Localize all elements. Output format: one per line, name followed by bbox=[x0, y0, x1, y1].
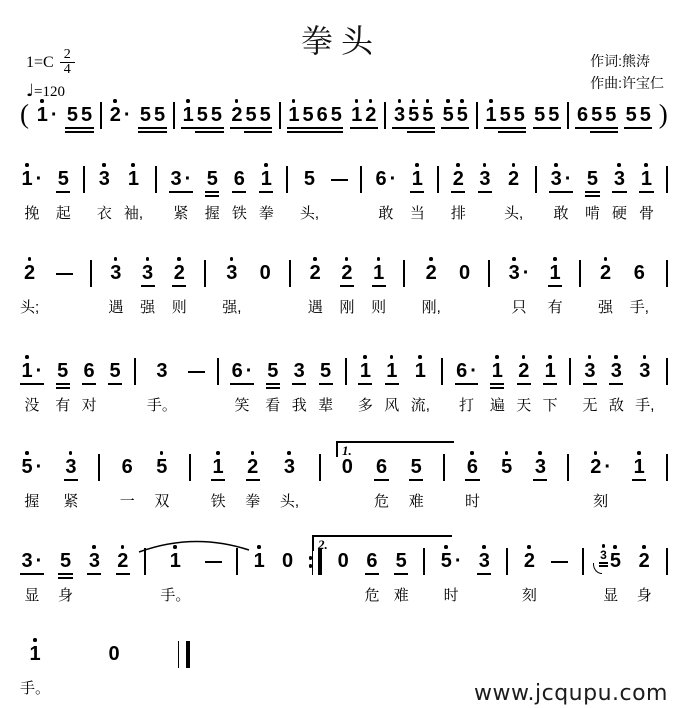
duration-underline bbox=[58, 577, 72, 579]
note-glyphs: 5 bbox=[155, 456, 169, 478]
note-digit: 1 bbox=[543, 360, 557, 382]
music-system-6: 3·显5身321手。1006危5难5·时32刻35显2身 bbox=[20, 550, 668, 605]
octave-dot bbox=[538, 451, 542, 455]
note-digit: 1 bbox=[350, 104, 364, 126]
note-glyphs: 2· bbox=[589, 456, 613, 478]
note: 2拳 bbox=[245, 456, 260, 508]
key-signature-block: 1=C 2 4 ♩=120 bbox=[26, 48, 75, 101]
note-digit: · bbox=[563, 168, 573, 190]
note-glyphs: 3 bbox=[609, 360, 623, 382]
duration-underline bbox=[575, 127, 589, 129]
note-digit: 2 bbox=[108, 104, 122, 126]
barline bbox=[155, 168, 157, 223]
tie-arc bbox=[136, 537, 254, 555]
duration-underline bbox=[365, 573, 379, 575]
duration-underline bbox=[315, 131, 329, 133]
paren: ( bbox=[20, 104, 29, 126]
note-glyphs: 6 bbox=[82, 360, 96, 382]
duration-underline bbox=[292, 383, 306, 385]
key-and-meter: 1=C 2 4 bbox=[26, 48, 75, 77]
lyric: 拳 bbox=[259, 202, 274, 220]
note-digit: 2 bbox=[424, 262, 438, 284]
note-digit: 2 bbox=[451, 168, 465, 190]
duration-underline bbox=[372, 285, 386, 287]
barline bbox=[345, 360, 347, 415]
note: 5起 bbox=[56, 168, 71, 220]
note-glyphs: 6 bbox=[465, 456, 479, 478]
duration-underline bbox=[183, 191, 193, 193]
barline-glyphs bbox=[666, 454, 668, 481]
note-glyphs: 2 bbox=[23, 262, 37, 284]
note-glyphs: 6· bbox=[230, 360, 254, 382]
duration-underline bbox=[34, 383, 44, 385]
note-glyphs: 3 bbox=[478, 168, 492, 190]
octave-dot bbox=[377, 257, 381, 261]
lyric: 危 bbox=[374, 490, 389, 508]
note-digit: · bbox=[603, 456, 613, 478]
note: 12 bbox=[350, 104, 378, 126]
note: 5 bbox=[108, 360, 122, 412]
note-digit: 1 bbox=[181, 104, 195, 126]
note-digit: 1 bbox=[358, 360, 372, 382]
note: 0 bbox=[258, 262, 272, 314]
duration-underline bbox=[364, 127, 378, 129]
octave-dot bbox=[554, 163, 558, 167]
duration-underline bbox=[211, 479, 225, 481]
duration-underline bbox=[172, 285, 186, 287]
note-digit: 1 bbox=[639, 168, 653, 190]
note-digit: 5 bbox=[319, 360, 333, 382]
lyric: 流, bbox=[411, 394, 430, 412]
note-glyphs: 3 bbox=[155, 360, 169, 382]
note: 155 bbox=[181, 104, 223, 126]
note: 3无 bbox=[582, 360, 597, 412]
octave-dot bbox=[355, 99, 359, 103]
octave-dot bbox=[25, 451, 29, 455]
note: 2· bbox=[108, 104, 132, 126]
lyric: 只 bbox=[511, 296, 526, 314]
note-glyphs: 0 bbox=[280, 550, 294, 572]
octave-dot bbox=[257, 545, 261, 549]
note-digit: · bbox=[34, 360, 44, 382]
paren-glyphs: ) bbox=[659, 104, 668, 126]
note-digit: 6 bbox=[374, 456, 388, 478]
lyric: 有 bbox=[55, 394, 70, 412]
lyric: 紧 bbox=[63, 490, 78, 508]
note: 3·只 bbox=[507, 262, 531, 314]
note: 655 bbox=[575, 104, 617, 126]
barline bbox=[83, 168, 85, 223]
note-digit: 6 bbox=[374, 168, 388, 190]
note-glyphs: 1 bbox=[252, 550, 266, 572]
note-glyphs: 0 bbox=[107, 643, 121, 665]
note-digit: 3 bbox=[225, 262, 239, 284]
duration-underline bbox=[484, 127, 498, 129]
note-glyphs: 2 bbox=[308, 262, 322, 284]
duration-underline bbox=[478, 191, 492, 193]
note: 5有 bbox=[55, 360, 70, 412]
note-digit: 6 bbox=[632, 262, 646, 284]
note-glyphs: 0 bbox=[336, 550, 350, 572]
duration-underline bbox=[116, 573, 130, 575]
duration-underline bbox=[604, 131, 618, 133]
note-glyphs: 55 bbox=[138, 104, 166, 126]
note-glyphs: 5 bbox=[108, 360, 122, 382]
note: 0 bbox=[340, 456, 354, 508]
lyric: 身 bbox=[58, 584, 73, 602]
lyric: 头, bbox=[504, 202, 523, 220]
duration-underline bbox=[410, 191, 424, 193]
note-digit: 1 bbox=[259, 168, 273, 190]
note: 1手。 bbox=[20, 643, 50, 695]
note-glyphs: 2 bbox=[424, 262, 438, 284]
barline bbox=[666, 168, 668, 223]
barline-glyphs bbox=[666, 358, 668, 385]
barline bbox=[666, 550, 668, 605]
note: 55 bbox=[533, 104, 561, 126]
lyric: 敢 bbox=[554, 202, 569, 220]
key-label: 1=C bbox=[26, 54, 54, 72]
note-digit: 5 bbox=[500, 456, 514, 478]
duration-underline bbox=[409, 479, 423, 481]
note-digit: 5 bbox=[244, 104, 258, 126]
music-system-3: 2头;3遇3强2则3强,02遇2刚1则2刚,03·只1有2强6手, bbox=[20, 262, 668, 317]
duration-underline bbox=[585, 195, 599, 197]
note-digit: 5 bbox=[56, 360, 70, 382]
lyric: 没 bbox=[24, 394, 39, 412]
note-glyphs: 0 bbox=[258, 262, 272, 284]
lyric: 显 bbox=[24, 584, 39, 602]
watermark-url: www.jcqupu.com bbox=[474, 681, 668, 706]
duration-underline bbox=[340, 285, 354, 287]
lyric: 铁 bbox=[232, 202, 247, 220]
lyric: 显 bbox=[603, 584, 618, 602]
octave-dot bbox=[617, 163, 621, 167]
barline bbox=[319, 456, 321, 511]
barline-glyphs bbox=[567, 454, 569, 481]
note-digit: 1 bbox=[410, 168, 424, 190]
note-digit: 1 bbox=[28, 643, 42, 665]
note: 1当 bbox=[410, 168, 425, 220]
note-glyphs: 0 bbox=[458, 262, 472, 284]
octave-dot bbox=[637, 451, 641, 455]
note-glyphs: 5 bbox=[500, 456, 514, 478]
duration-underline bbox=[583, 383, 597, 385]
note-digit: 3 bbox=[609, 360, 623, 382]
note-digit: 1 bbox=[490, 360, 504, 382]
note: 5难 bbox=[409, 456, 424, 508]
note-glyphs: 1 bbox=[413, 360, 427, 382]
tempo-marking: ♩=120 bbox=[26, 81, 75, 101]
credits: 作词:熊涛 作曲:许宝仁 bbox=[590, 50, 664, 94]
note: 1 bbox=[252, 550, 266, 602]
barline bbox=[567, 456, 569, 511]
note: 3硬 bbox=[612, 168, 627, 220]
octave-dot bbox=[235, 99, 239, 103]
note: 5看 bbox=[265, 360, 280, 412]
note-digit: 3 bbox=[169, 168, 183, 190]
note-glyphs: 3· bbox=[549, 168, 573, 190]
note-glyphs: 3 bbox=[533, 456, 547, 478]
octave-dot bbox=[390, 355, 394, 359]
note-digit: 5 bbox=[533, 104, 547, 126]
octave-dot bbox=[146, 257, 150, 261]
time-signature: 2 4 bbox=[60, 48, 75, 77]
duration-underline bbox=[632, 479, 646, 481]
lyric: 辈 bbox=[318, 394, 333, 412]
octave-dot bbox=[588, 355, 592, 359]
octave-dot bbox=[177, 257, 181, 261]
barline-glyphs bbox=[360, 166, 362, 193]
duration-underline bbox=[244, 127, 258, 129]
duration-underline bbox=[329, 127, 343, 129]
duration-underline bbox=[209, 127, 223, 129]
lyric: 天 bbox=[516, 394, 531, 412]
music-system-intro: (1·552·55155255156512355551555565555) bbox=[20, 104, 668, 129]
note-glyphs: 3 bbox=[87, 550, 101, 572]
note-glyphs: 5 bbox=[319, 360, 333, 382]
composer: 作曲:许宝仁 bbox=[590, 72, 664, 94]
octave-dot bbox=[251, 451, 255, 455]
note-digit: · bbox=[34, 168, 44, 190]
note: 2头; bbox=[20, 262, 39, 314]
duration-underline bbox=[517, 383, 531, 385]
paren: ) bbox=[659, 104, 668, 126]
note-glyphs: 1 bbox=[548, 262, 562, 284]
note: 55 bbox=[624, 104, 652, 126]
octave-dot bbox=[643, 355, 647, 359]
note-glyphs: 6 bbox=[232, 168, 246, 190]
duration-underline bbox=[266, 387, 280, 389]
note-digit: 2 bbox=[637, 550, 651, 572]
note-digit: 0 bbox=[458, 262, 472, 284]
note-digit: 5 bbox=[20, 456, 34, 478]
score-page: 拳头 作词:熊涛 作曲:许宝仁 1=C 2 4 ♩=120 (1·552·551… bbox=[0, 0, 682, 708]
note: 5难 bbox=[394, 550, 409, 602]
meter-numerator: 2 bbox=[60, 48, 75, 63]
final-barline bbox=[178, 643, 190, 698]
note: 3 bbox=[477, 550, 491, 602]
octave-dot bbox=[369, 99, 373, 103]
note-glyphs: 3 bbox=[141, 262, 155, 284]
note: 0 bbox=[458, 262, 472, 314]
note-digit: 5 bbox=[421, 104, 435, 126]
note: 2排 bbox=[451, 168, 466, 220]
lyric: 铁 bbox=[211, 490, 226, 508]
note-glyphs: 3 bbox=[97, 168, 111, 190]
barline bbox=[90, 262, 92, 317]
duration-underline bbox=[56, 383, 70, 385]
octave-dot bbox=[602, 544, 606, 548]
note-glyphs: 2 bbox=[116, 550, 130, 572]
duration-underline bbox=[138, 131, 152, 133]
note: 55 bbox=[138, 104, 166, 126]
lyric: 难 bbox=[409, 490, 424, 508]
note-digit: 1 bbox=[126, 168, 140, 190]
note-digit: 5 bbox=[590, 104, 604, 126]
note: 35显 bbox=[599, 550, 623, 602]
note: 6时 bbox=[465, 456, 480, 508]
note-digit: 2 bbox=[116, 550, 130, 572]
note-digit: 2 bbox=[23, 262, 37, 284]
octave-dot bbox=[313, 257, 317, 261]
octave-dot bbox=[363, 355, 367, 359]
note: 5辈 bbox=[318, 360, 333, 412]
note-glyphs: 5 bbox=[266, 360, 280, 382]
duration-underline bbox=[490, 387, 504, 389]
duration-underline bbox=[465, 479, 479, 481]
octave-dot bbox=[160, 451, 164, 455]
note: 6危 bbox=[364, 550, 379, 602]
duration-underline bbox=[498, 127, 512, 129]
octave-dot bbox=[415, 163, 419, 167]
note-digit: 5 bbox=[258, 104, 272, 126]
octave-dot bbox=[102, 163, 106, 167]
note-digit: 6 bbox=[120, 456, 134, 478]
octave-dot bbox=[345, 257, 349, 261]
quarter-note-icon: ♩ bbox=[26, 81, 34, 101]
note-digit: · bbox=[34, 550, 44, 572]
octave-dot bbox=[398, 99, 402, 103]
note-digit: 5 bbox=[138, 104, 152, 126]
duration-underline bbox=[152, 131, 166, 133]
barline-glyphs bbox=[423, 548, 425, 575]
note: 1· bbox=[35, 104, 59, 126]
barline-glyphs bbox=[279, 102, 281, 129]
note-glyphs: 55 bbox=[65, 104, 93, 126]
note-digit: 3 bbox=[109, 262, 123, 284]
note-digit: 5 bbox=[302, 168, 316, 190]
note: 2身 bbox=[637, 550, 652, 602]
duration-underline bbox=[329, 131, 343, 133]
note-digit: 5 bbox=[547, 104, 561, 126]
note: 55 bbox=[65, 104, 93, 126]
duration-underline bbox=[205, 195, 219, 197]
duration-underline bbox=[638, 127, 652, 129]
note: 2刚, bbox=[422, 262, 441, 314]
barline-glyphs bbox=[403, 260, 405, 287]
note-glyphs: 1 bbox=[28, 643, 42, 665]
duration-underline bbox=[421, 127, 435, 129]
note: 2强 bbox=[598, 262, 613, 314]
second-ending-label: 2. bbox=[318, 537, 328, 553]
lyric: 挽 bbox=[24, 202, 39, 220]
lyric: 敌 bbox=[609, 394, 624, 412]
barline-glyphs bbox=[437, 166, 439, 193]
octave-dot bbox=[40, 99, 44, 103]
note: 2天 bbox=[516, 360, 531, 412]
octave-dot bbox=[483, 163, 487, 167]
note-digit: 5 bbox=[455, 104, 469, 126]
lyric: 敢 bbox=[378, 202, 393, 220]
duration-underline bbox=[469, 383, 479, 385]
note-glyphs: 3 bbox=[612, 168, 626, 190]
barline-glyphs bbox=[384, 102, 386, 129]
octave-dot bbox=[489, 99, 493, 103]
note-glyphs: 3 bbox=[292, 360, 306, 382]
note-digit: 5 bbox=[108, 360, 122, 382]
duration-underline bbox=[195, 131, 209, 133]
first-ending-label: 1. bbox=[342, 443, 352, 459]
lyric: 刚 bbox=[339, 296, 354, 314]
note: 1565 bbox=[287, 104, 344, 126]
lyric: 紧 bbox=[173, 202, 188, 220]
octave-dot bbox=[114, 257, 118, 261]
barline-glyphs bbox=[134, 358, 136, 385]
note-glyphs: 12 bbox=[350, 104, 378, 126]
lyric: 则 bbox=[371, 296, 386, 314]
note-digit: 2 bbox=[172, 262, 186, 284]
duration-underline bbox=[244, 131, 258, 133]
lyric: 遇 bbox=[308, 296, 323, 314]
duration-underline bbox=[441, 127, 455, 129]
duration-underline bbox=[407, 131, 421, 133]
note: 55 bbox=[441, 104, 469, 126]
note-digit: · bbox=[49, 104, 59, 126]
note-digit: 6 bbox=[455, 360, 469, 382]
octave-dot bbox=[25, 355, 29, 359]
barline-glyphs bbox=[155, 166, 157, 193]
note-digit: 5 bbox=[56, 168, 70, 190]
note: 1拳 bbox=[259, 168, 274, 220]
note-digit: 3 bbox=[599, 549, 609, 562]
note-digit: 3 bbox=[141, 262, 155, 284]
note: 1遍 bbox=[490, 360, 505, 412]
duration-underline bbox=[258, 127, 272, 129]
note-glyphs: 355 bbox=[392, 104, 434, 126]
duration-underline bbox=[533, 127, 547, 129]
barline bbox=[403, 262, 405, 317]
note-digit: 5 bbox=[624, 104, 638, 126]
note-glyphs: 1· bbox=[20, 168, 44, 190]
barline-glyphs bbox=[286, 166, 288, 193]
duration-underline bbox=[230, 383, 244, 385]
note: 3衣 bbox=[97, 168, 112, 220]
note-digit: 1 bbox=[35, 104, 49, 126]
barline bbox=[506, 550, 508, 605]
note-glyphs: 1 bbox=[385, 360, 399, 382]
note-digit: 3 bbox=[549, 168, 563, 190]
note: 1袖, bbox=[124, 168, 143, 220]
note: 1下 bbox=[543, 360, 558, 412]
note-glyphs: 3· bbox=[507, 262, 531, 284]
duration-underline bbox=[477, 573, 491, 575]
barline bbox=[384, 104, 386, 129]
note: 3·显 bbox=[20, 550, 44, 602]
repeat-end-barline bbox=[309, 550, 322, 605]
grace-slur-icon bbox=[593, 563, 602, 574]
barline-glyphs bbox=[217, 358, 219, 385]
barline-glyphs bbox=[535, 166, 537, 193]
note-digit: 1 bbox=[20, 360, 34, 382]
barline-glyphs bbox=[319, 454, 321, 481]
octave-dot bbox=[548, 355, 552, 359]
note-glyphs: 2 bbox=[637, 550, 651, 572]
note-glyphs: 2· bbox=[108, 104, 132, 126]
note-digit: 5 bbox=[498, 104, 512, 126]
note-digit: 5 bbox=[512, 104, 526, 126]
octave-dot bbox=[131, 163, 135, 167]
note-digit: 3 bbox=[533, 456, 547, 478]
note: 1有 bbox=[548, 262, 563, 314]
duration-underline bbox=[64, 479, 78, 481]
octave-dot bbox=[527, 545, 531, 549]
note: 1多 bbox=[358, 360, 373, 412]
note-digit: 3 bbox=[282, 456, 296, 478]
note-digit: 3 bbox=[20, 550, 34, 572]
barline-glyphs bbox=[476, 102, 478, 129]
octave-dot bbox=[456, 163, 460, 167]
